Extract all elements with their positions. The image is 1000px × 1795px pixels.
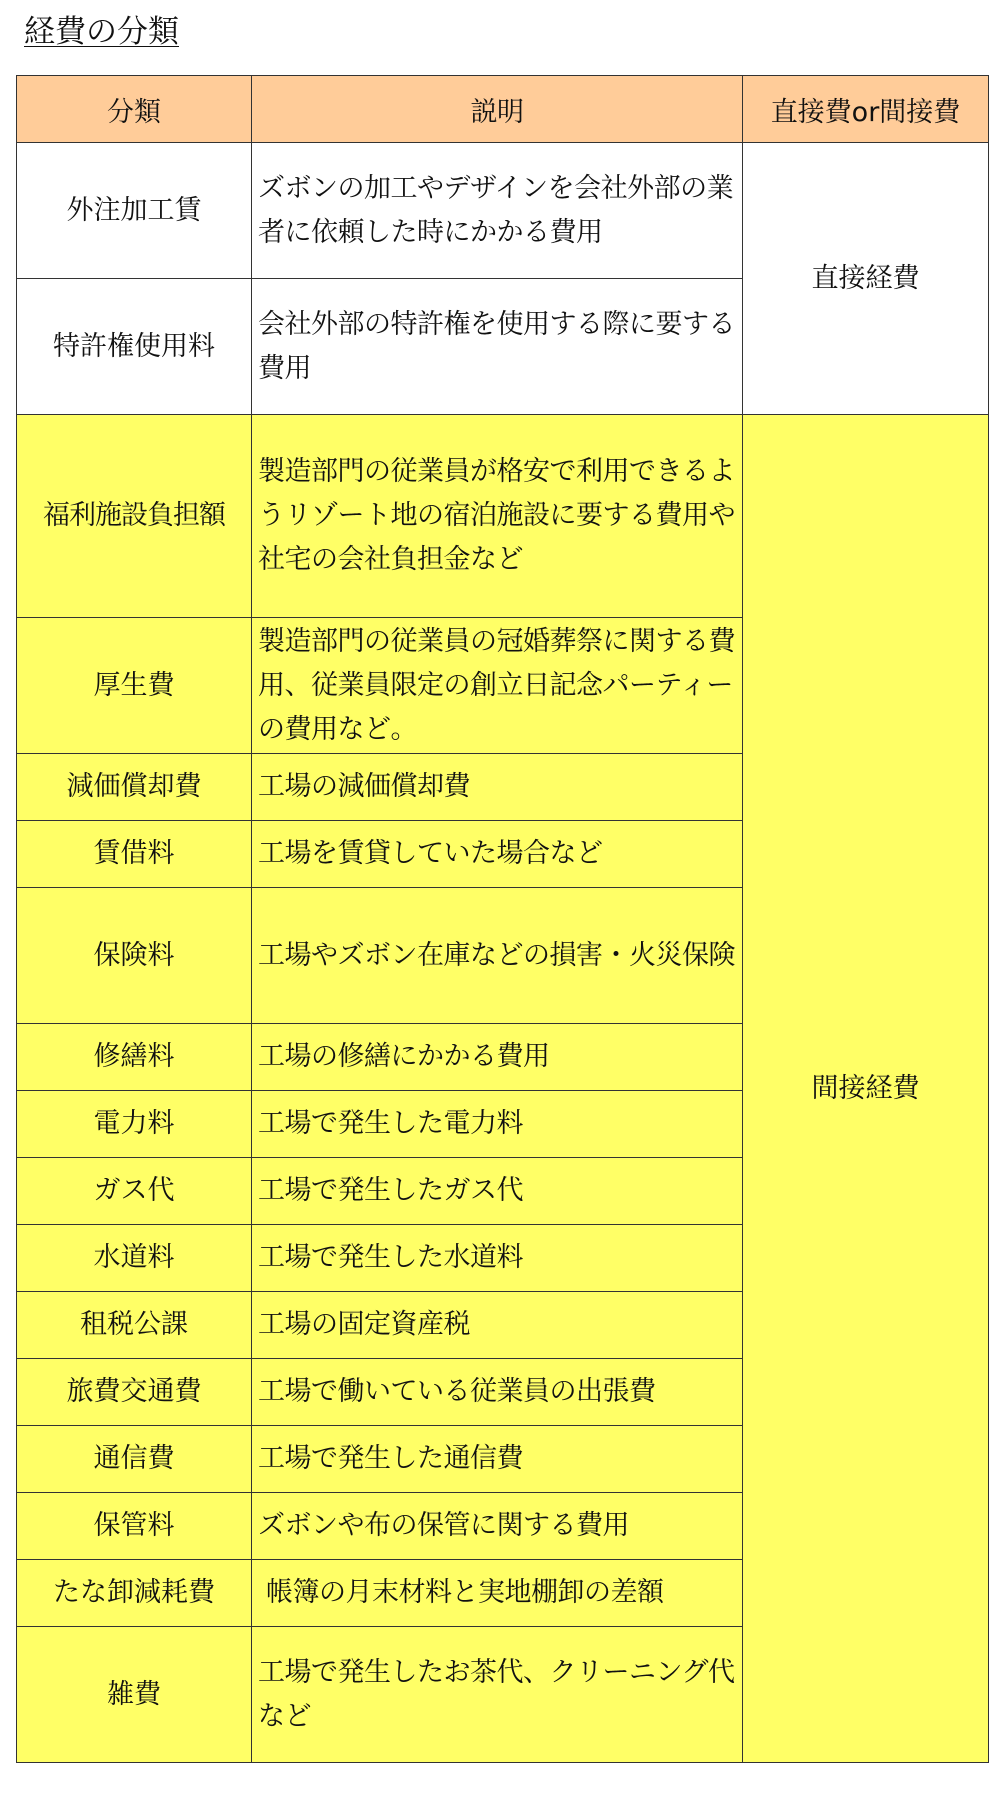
category-cell: 特許権使用料 xyxy=(17,279,252,415)
type-cell-indirect: 間接経費 xyxy=(743,415,989,1763)
category-cell: たな卸減耗費 xyxy=(17,1560,252,1627)
description-cell: 工場の減価償却費 xyxy=(252,754,743,821)
type-cell-direct: 直接経費 xyxy=(743,143,989,415)
header-category: 分類 xyxy=(17,76,252,143)
description-cell: ズボンの加工やデザインを会社外部の業者に依頼した時にかかる費用 xyxy=(252,143,743,279)
category-cell: 賃借料 xyxy=(17,821,252,888)
category-cell: 修繕料 xyxy=(17,1024,252,1091)
description-cell: 工場で発生したガス代 xyxy=(252,1158,743,1225)
description-cell: 工場で働いている従業員の出張費 xyxy=(252,1359,743,1426)
description-cell: 会社外部の特許権を使用する際に要する費用 xyxy=(252,279,743,415)
category-cell: 水道料 xyxy=(17,1225,252,1292)
category-cell: 福利施設負担額 xyxy=(17,415,252,618)
header-description: 説明 xyxy=(252,76,743,143)
category-cell: ガス代 xyxy=(17,1158,252,1225)
category-cell: 通信費 xyxy=(17,1426,252,1493)
category-cell: 雑費 xyxy=(17,1627,252,1763)
table-row: 福利施設負担額 製造部門の従業員が格安で利用できるようリゾート地の宿泊施設に要す… xyxy=(17,415,989,618)
description-cell: 工場やズボン在庫などの損害・火災保険 xyxy=(252,888,743,1024)
category-cell: 租税公課 xyxy=(17,1292,252,1359)
description-cell: 工場で発生したお茶代、クリーニング代など xyxy=(252,1627,743,1763)
description-cell: ズボンや布の保管に関する費用 xyxy=(252,1493,743,1560)
header-type: 直接費or間接費 xyxy=(743,76,989,143)
category-cell: 保管料 xyxy=(17,1493,252,1560)
description-cell: 製造部門の従業員が格安で利用できるようリゾート地の宿泊施設に要する費用や社宅の会… xyxy=(252,415,743,618)
table-header-row: 分類 説明 直接費or間接費 xyxy=(17,76,989,143)
description-cell: 工場の修繕にかかる費用 xyxy=(252,1024,743,1091)
table-row: 外注加工賃 ズボンの加工やデザインを会社外部の業者に依頼した時にかかる費用 直接… xyxy=(17,143,989,279)
description-cell: 工場で発生した通信費 xyxy=(252,1426,743,1493)
page-title: 経費の分類 xyxy=(24,10,179,54)
category-cell: 旅費交通費 xyxy=(17,1359,252,1426)
description-cell: 工場を賃貸していた場合など xyxy=(252,821,743,888)
description-cell: 工場で発生した電力料 xyxy=(252,1091,743,1158)
description-cell: 帳簿の月末材料と実地棚卸の差額 xyxy=(252,1560,743,1627)
description-cell: 工場で発生した水道料 xyxy=(252,1225,743,1292)
category-cell: 減価償却費 xyxy=(17,754,252,821)
category-cell: 保険料 xyxy=(17,888,252,1024)
expense-classification-table: 分類 説明 直接費or間接費 外注加工賃 ズボンの加工やデザインを会社外部の業者… xyxy=(16,75,989,1763)
category-cell: 外注加工賃 xyxy=(17,143,252,279)
description-cell: 工場の固定資産税 xyxy=(252,1292,743,1359)
category-cell: 電力料 xyxy=(17,1091,252,1158)
description-cell: 製造部門の従業員の冠婚葬祭に関する費用、従業員限定の創立日記念パーティーの費用な… xyxy=(252,618,743,754)
category-cell: 厚生費 xyxy=(17,618,252,754)
